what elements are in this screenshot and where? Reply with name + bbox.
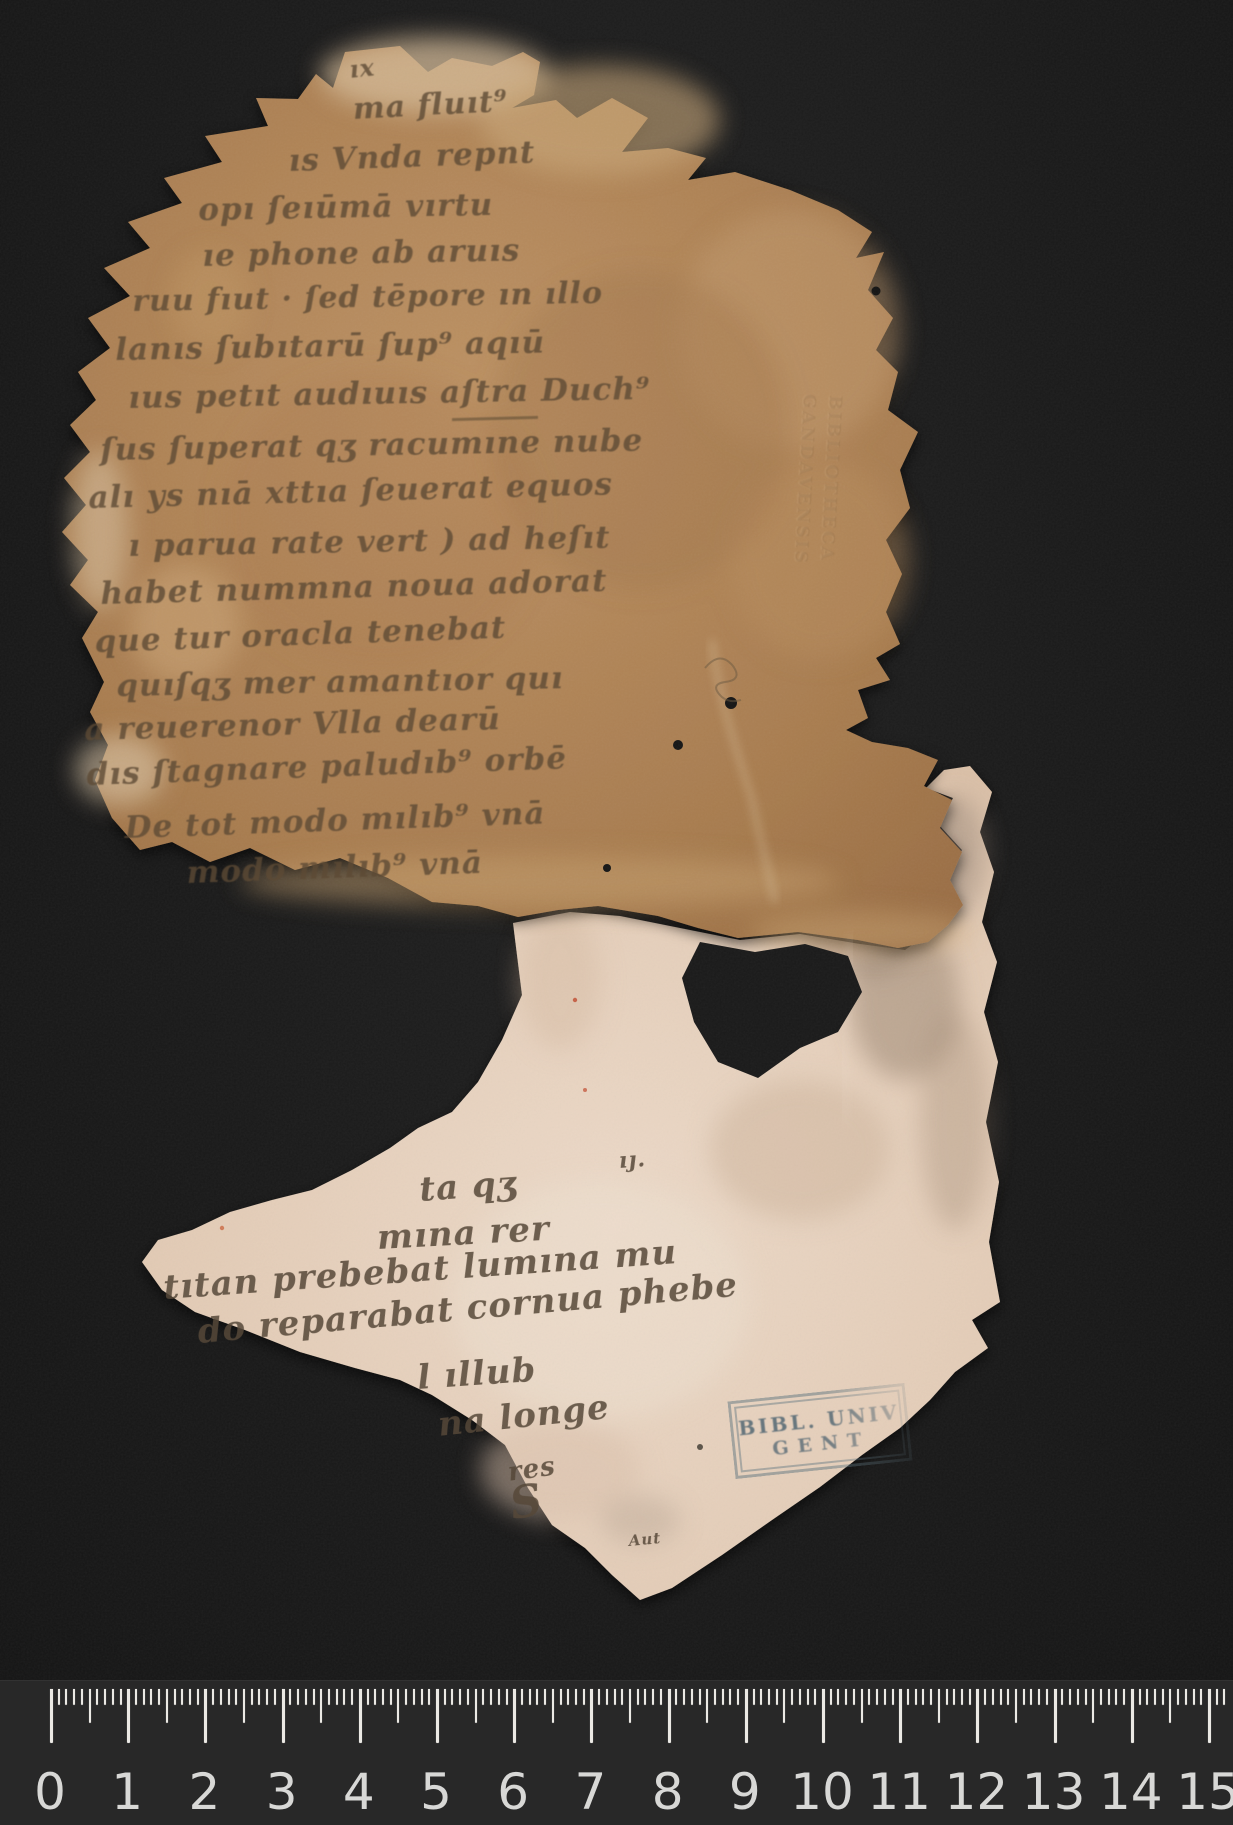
ruler-number: 11 xyxy=(867,1763,931,1821)
ruler-tick xyxy=(104,1689,106,1705)
ruler-tick xyxy=(652,1689,654,1705)
ruler-number: 8 xyxy=(652,1763,684,1821)
ruler-tick xyxy=(845,1689,847,1705)
ruler-tick xyxy=(1038,1689,1040,1705)
ruler-tick xyxy=(853,1689,855,1705)
ruler-tick xyxy=(814,1689,816,1705)
ruler-tick xyxy=(922,1689,924,1705)
ruler-tick xyxy=(89,1689,91,1723)
ruler-tick xyxy=(258,1689,260,1705)
ruler-tick xyxy=(614,1689,616,1705)
ruler-tick xyxy=(953,1689,955,1705)
ruler-tick xyxy=(598,1689,600,1705)
ruler-tick xyxy=(876,1689,878,1705)
ruler-tick xyxy=(282,1689,285,1743)
ruler xyxy=(0,1689,1233,1749)
ruler-tick xyxy=(536,1689,538,1705)
ruler-number: 2 xyxy=(188,1763,220,1821)
ruler-number: 9 xyxy=(729,1763,761,1821)
ruler-tick xyxy=(436,1689,439,1743)
ruler-tick xyxy=(969,1689,971,1705)
ruler-number: 3 xyxy=(266,1763,298,1821)
ruler-tick xyxy=(1061,1689,1063,1705)
ruler-tick xyxy=(243,1689,245,1723)
ruler-tick xyxy=(181,1689,183,1705)
ruler-tick xyxy=(367,1689,369,1705)
ruler-tick xyxy=(1007,1689,1009,1705)
lower-fragment-text: ıȷ.ta qʒmına rertıtan prebebat lumına mu… xyxy=(0,0,1233,1825)
ruler-tick xyxy=(1123,1689,1125,1705)
ruler-tick xyxy=(1085,1689,1087,1705)
ruler-tick xyxy=(837,1689,839,1705)
ruler-tick xyxy=(783,1689,785,1723)
ruler-tick xyxy=(706,1689,708,1723)
ruler-tick xyxy=(660,1689,662,1705)
ruler-tick xyxy=(737,1689,739,1705)
ruler-tick xyxy=(1046,1689,1048,1705)
ruler-tick xyxy=(606,1689,608,1705)
ruler-tick xyxy=(1146,1689,1148,1705)
ruler-tick xyxy=(868,1689,870,1705)
ruler-tick xyxy=(1054,1689,1057,1743)
ruler-number: 7 xyxy=(574,1763,606,1821)
ruler-tick xyxy=(544,1689,546,1705)
ruler-tick xyxy=(560,1689,562,1705)
ruler-tick xyxy=(521,1689,523,1705)
ruler-tick xyxy=(397,1689,399,1723)
ruler-tick xyxy=(50,1689,53,1743)
ruler-tick xyxy=(1015,1689,1017,1723)
ruler-tick xyxy=(305,1689,307,1705)
ruler-tick xyxy=(583,1689,585,1705)
ruler-tick xyxy=(567,1689,569,1705)
ruler-tick xyxy=(274,1689,276,1705)
ruler-tick xyxy=(621,1689,623,1705)
ruler-tick xyxy=(374,1689,376,1705)
ruler-tick xyxy=(884,1689,886,1705)
ruler-tick xyxy=(938,1689,940,1723)
ruler-tick xyxy=(1000,1689,1002,1705)
ruler-tick xyxy=(745,1689,748,1743)
ruler-tick xyxy=(552,1689,554,1723)
ruler-tick xyxy=(753,1689,755,1705)
ruler-tick xyxy=(915,1689,917,1705)
ruler-tick xyxy=(204,1689,207,1743)
ruler-tick xyxy=(892,1689,894,1705)
ruler-tick xyxy=(675,1689,677,1705)
ruler-tick xyxy=(1077,1689,1079,1705)
ruler-tick xyxy=(729,1689,731,1705)
ruler-tick xyxy=(127,1689,130,1743)
ruler-tick xyxy=(382,1689,384,1705)
ruler-tick xyxy=(1023,1689,1025,1705)
ruler-number: 12 xyxy=(945,1763,1009,1821)
ruler-tick xyxy=(351,1689,353,1705)
ruler-tick xyxy=(699,1689,701,1705)
ruler-tick xyxy=(475,1689,477,1723)
ruler-tick xyxy=(1208,1689,1211,1743)
ruler-tick xyxy=(1162,1689,1164,1705)
manuscript-line: l ıllub xyxy=(416,1350,538,1398)
ruler-tick xyxy=(590,1689,593,1743)
embossed-library-stamp: BIBLIOTHECA GANDAVENSIS xyxy=(787,393,848,567)
ruler-tick xyxy=(1131,1689,1134,1743)
ruler-tick xyxy=(1223,1689,1225,1705)
ruler-tick xyxy=(251,1689,253,1705)
photo-scene: ıxma fluıt⁹ıs Vnda repntopı ſeıūmā vırtu… xyxy=(0,0,1233,1825)
ruler-tick xyxy=(961,1689,963,1705)
ruler-tick xyxy=(459,1689,461,1705)
ruler-number: 13 xyxy=(1022,1763,1086,1821)
ruler-tick xyxy=(73,1689,75,1705)
ruler-tick xyxy=(336,1689,338,1705)
ink-stamp-inner-border: BIBL. UNIV GENT xyxy=(734,1390,906,1473)
ruler-tick xyxy=(58,1689,60,1705)
ruler-tick xyxy=(529,1689,531,1705)
ruler-tick xyxy=(96,1689,98,1705)
ruler-number: 4 xyxy=(343,1763,375,1821)
ruler-tick xyxy=(313,1689,315,1705)
ruler-tick xyxy=(799,1689,801,1705)
ruler-tick xyxy=(1115,1689,1117,1705)
ruler-tick xyxy=(1030,1689,1032,1705)
ruler-tick xyxy=(120,1689,122,1705)
ruler-tick xyxy=(992,1689,994,1705)
ruler-tick xyxy=(791,1689,793,1705)
ruler-tick xyxy=(776,1689,778,1705)
ruler-tick xyxy=(390,1689,392,1705)
ruler-tick xyxy=(444,1689,446,1705)
ruler-tick xyxy=(235,1689,237,1705)
ruler-number: 6 xyxy=(497,1763,529,1821)
ruler-tick xyxy=(421,1689,423,1705)
ruler-tick xyxy=(174,1689,176,1705)
ruler-tick xyxy=(482,1689,484,1705)
ruler-tick xyxy=(668,1689,671,1743)
manuscript-line: Aut xyxy=(628,1529,662,1550)
ruler-tick xyxy=(691,1689,693,1705)
ruler-tick xyxy=(683,1689,685,1705)
ruler-number: 14 xyxy=(1099,1763,1163,1821)
ruler-tick xyxy=(158,1689,160,1705)
ruler-tick xyxy=(266,1689,268,1705)
ruler-tick xyxy=(1092,1689,1094,1723)
ruler-tick xyxy=(1154,1689,1156,1705)
ruler-tick xyxy=(150,1689,152,1705)
ruler-tick xyxy=(289,1689,291,1705)
ruler-tick xyxy=(807,1689,809,1705)
ruler-tick xyxy=(359,1689,362,1743)
ruler-tick xyxy=(768,1689,770,1705)
ruler-tick xyxy=(189,1689,191,1705)
ruler-tick xyxy=(212,1689,214,1705)
ruler-tick xyxy=(861,1689,863,1723)
ruler-tick xyxy=(575,1689,577,1705)
ruler-tick xyxy=(1108,1689,1110,1705)
ruler-tick xyxy=(81,1689,83,1705)
ruler-tick xyxy=(822,1689,825,1743)
ruler-tick xyxy=(1139,1689,1141,1705)
ruler-tick xyxy=(1177,1689,1179,1705)
ruler-tick xyxy=(343,1689,345,1705)
ruler-tick xyxy=(297,1689,299,1705)
ruler-tick xyxy=(328,1689,330,1705)
ruler-tick xyxy=(413,1689,415,1705)
ruler-tick xyxy=(1185,1689,1187,1705)
ruler-tick xyxy=(451,1689,453,1705)
ruler-tick xyxy=(930,1689,932,1705)
ruler-tick xyxy=(228,1689,230,1705)
ruler-tick xyxy=(644,1689,646,1705)
ruler-tick xyxy=(907,1689,909,1705)
ruler-tick xyxy=(629,1689,631,1723)
ruler-tick xyxy=(428,1689,430,1705)
ruler-tick xyxy=(513,1689,516,1743)
ruler-number: 5 xyxy=(420,1763,452,1821)
ruler-tick xyxy=(135,1689,137,1705)
ruler-tick xyxy=(498,1689,500,1705)
ruler-tick xyxy=(320,1689,322,1723)
ruler-tick xyxy=(714,1689,716,1705)
manuscript-line: ıȷ. xyxy=(618,1146,647,1174)
ruler-tick xyxy=(65,1689,67,1705)
manuscript-line: ta qʒ xyxy=(418,1163,518,1210)
ruler-tick xyxy=(490,1689,492,1705)
ruler-tick xyxy=(899,1689,902,1743)
ruler-tick xyxy=(220,1689,222,1705)
ruler-tick xyxy=(1169,1689,1171,1723)
ruler-tick xyxy=(166,1689,168,1723)
ruler-number: 10 xyxy=(790,1763,854,1821)
ruler-tick xyxy=(984,1689,986,1705)
manuscript-line: na longe xyxy=(436,1387,612,1445)
ruler-tick xyxy=(143,1689,145,1705)
ruler-tick xyxy=(760,1689,762,1705)
ruler-tick xyxy=(1100,1689,1102,1705)
ruler-tick xyxy=(976,1689,979,1743)
ruler-number: 0 xyxy=(34,1763,66,1821)
ruler-tick xyxy=(405,1689,407,1705)
ruler-tick xyxy=(1193,1689,1195,1705)
ruler-tick xyxy=(946,1689,948,1705)
ruler-tick xyxy=(1069,1689,1071,1705)
ruler-number: 15 xyxy=(1176,1763,1233,1821)
ruler-tick xyxy=(1200,1689,1202,1705)
ruler-tick xyxy=(637,1689,639,1705)
ruler-tick xyxy=(112,1689,114,1705)
ruler-tick xyxy=(467,1689,469,1705)
ruler-tick xyxy=(722,1689,724,1705)
ruler-tick xyxy=(1216,1689,1218,1705)
ruler-tick xyxy=(830,1689,832,1705)
ruler-tick xyxy=(197,1689,199,1705)
ruler-tick xyxy=(506,1689,508,1705)
ruler-number: 1 xyxy=(111,1763,143,1821)
